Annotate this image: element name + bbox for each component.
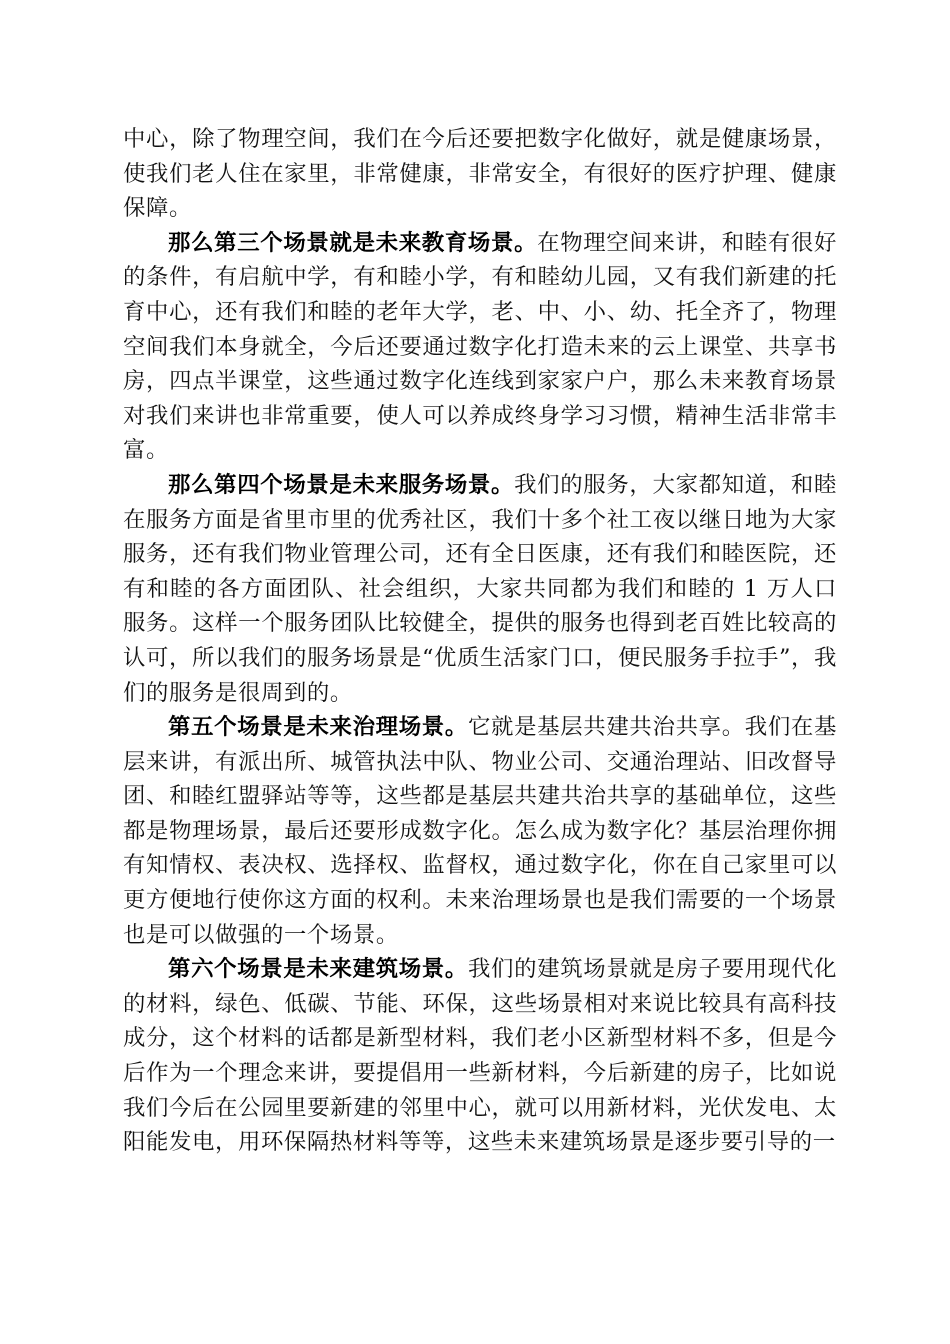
paragraph-heading: 第五个场景是未来治理场景。 bbox=[168, 714, 468, 740]
paragraph-scene-6-architecture: 第六个场景是未来建筑场景。我们的建筑场景就是房子要用现代化的材料，绿色、低碳、节… bbox=[123, 952, 837, 1160]
paragraph-heading: 那么第四个场景是未来服务场景。 bbox=[168, 472, 514, 498]
paragraph-scene-5-governance: 第五个场景是未来治理场景。它就是基层共建共治共享。我们在基层来讲，有派出所、城管… bbox=[123, 710, 837, 952]
paragraph-scene-4-service: 那么第四个场景是未来服务场景。我们的服务，大家都知道，和睦在服务方面是省里市里的… bbox=[123, 468, 837, 710]
paragraph-heading: 第六个场景是未来建筑场景。 bbox=[168, 956, 468, 982]
paragraph-text: 它就是基层共建共治共享。我们在基层来讲，有派出所、城管执法中队、物业公司、交通治… bbox=[123, 714, 837, 948]
paragraph-scene-3-education: 那么第三个场景就是未来教育场景。在物理空间来讲，和睦有很好的条件，有启航中学，有… bbox=[123, 226, 837, 468]
paragraph-text: 中心，除了物理空间，我们在今后还要把数字化做好，就是健康场景，使我们老人住在家里… bbox=[123, 126, 837, 221]
paragraph-text: 在物理空间来讲，和睦有很好的条件，有启航中学，有和睦小学，有和睦幼儿园，又有我们… bbox=[123, 230, 837, 464]
paragraph-health-continued: 中心，除了物理空间，我们在今后还要把数字化做好，就是健康场景，使我们老人住在家里… bbox=[123, 122, 837, 226]
document-body: 中心，除了物理空间，我们在今后还要把数字化做好，就是健康场景，使我们老人住在家里… bbox=[123, 122, 837, 1160]
paragraph-text: 我们的建筑场景就是房子要用现代化的材料，绿色、低碳、节能、环保，这些场景相对来说… bbox=[123, 956, 837, 1155]
paragraph-heading: 那么第三个场景就是未来教育场景。 bbox=[168, 230, 537, 256]
document-page: 中心，除了物理空间，我们在今后还要把数字化做好，就是健康场景，使我们老人住在家里… bbox=[0, 0, 950, 1344]
paragraph-text: 我们的服务，大家都知道，和睦在服务方面是省里市里的优秀社区，我们十多个社工夜以继… bbox=[123, 472, 837, 706]
